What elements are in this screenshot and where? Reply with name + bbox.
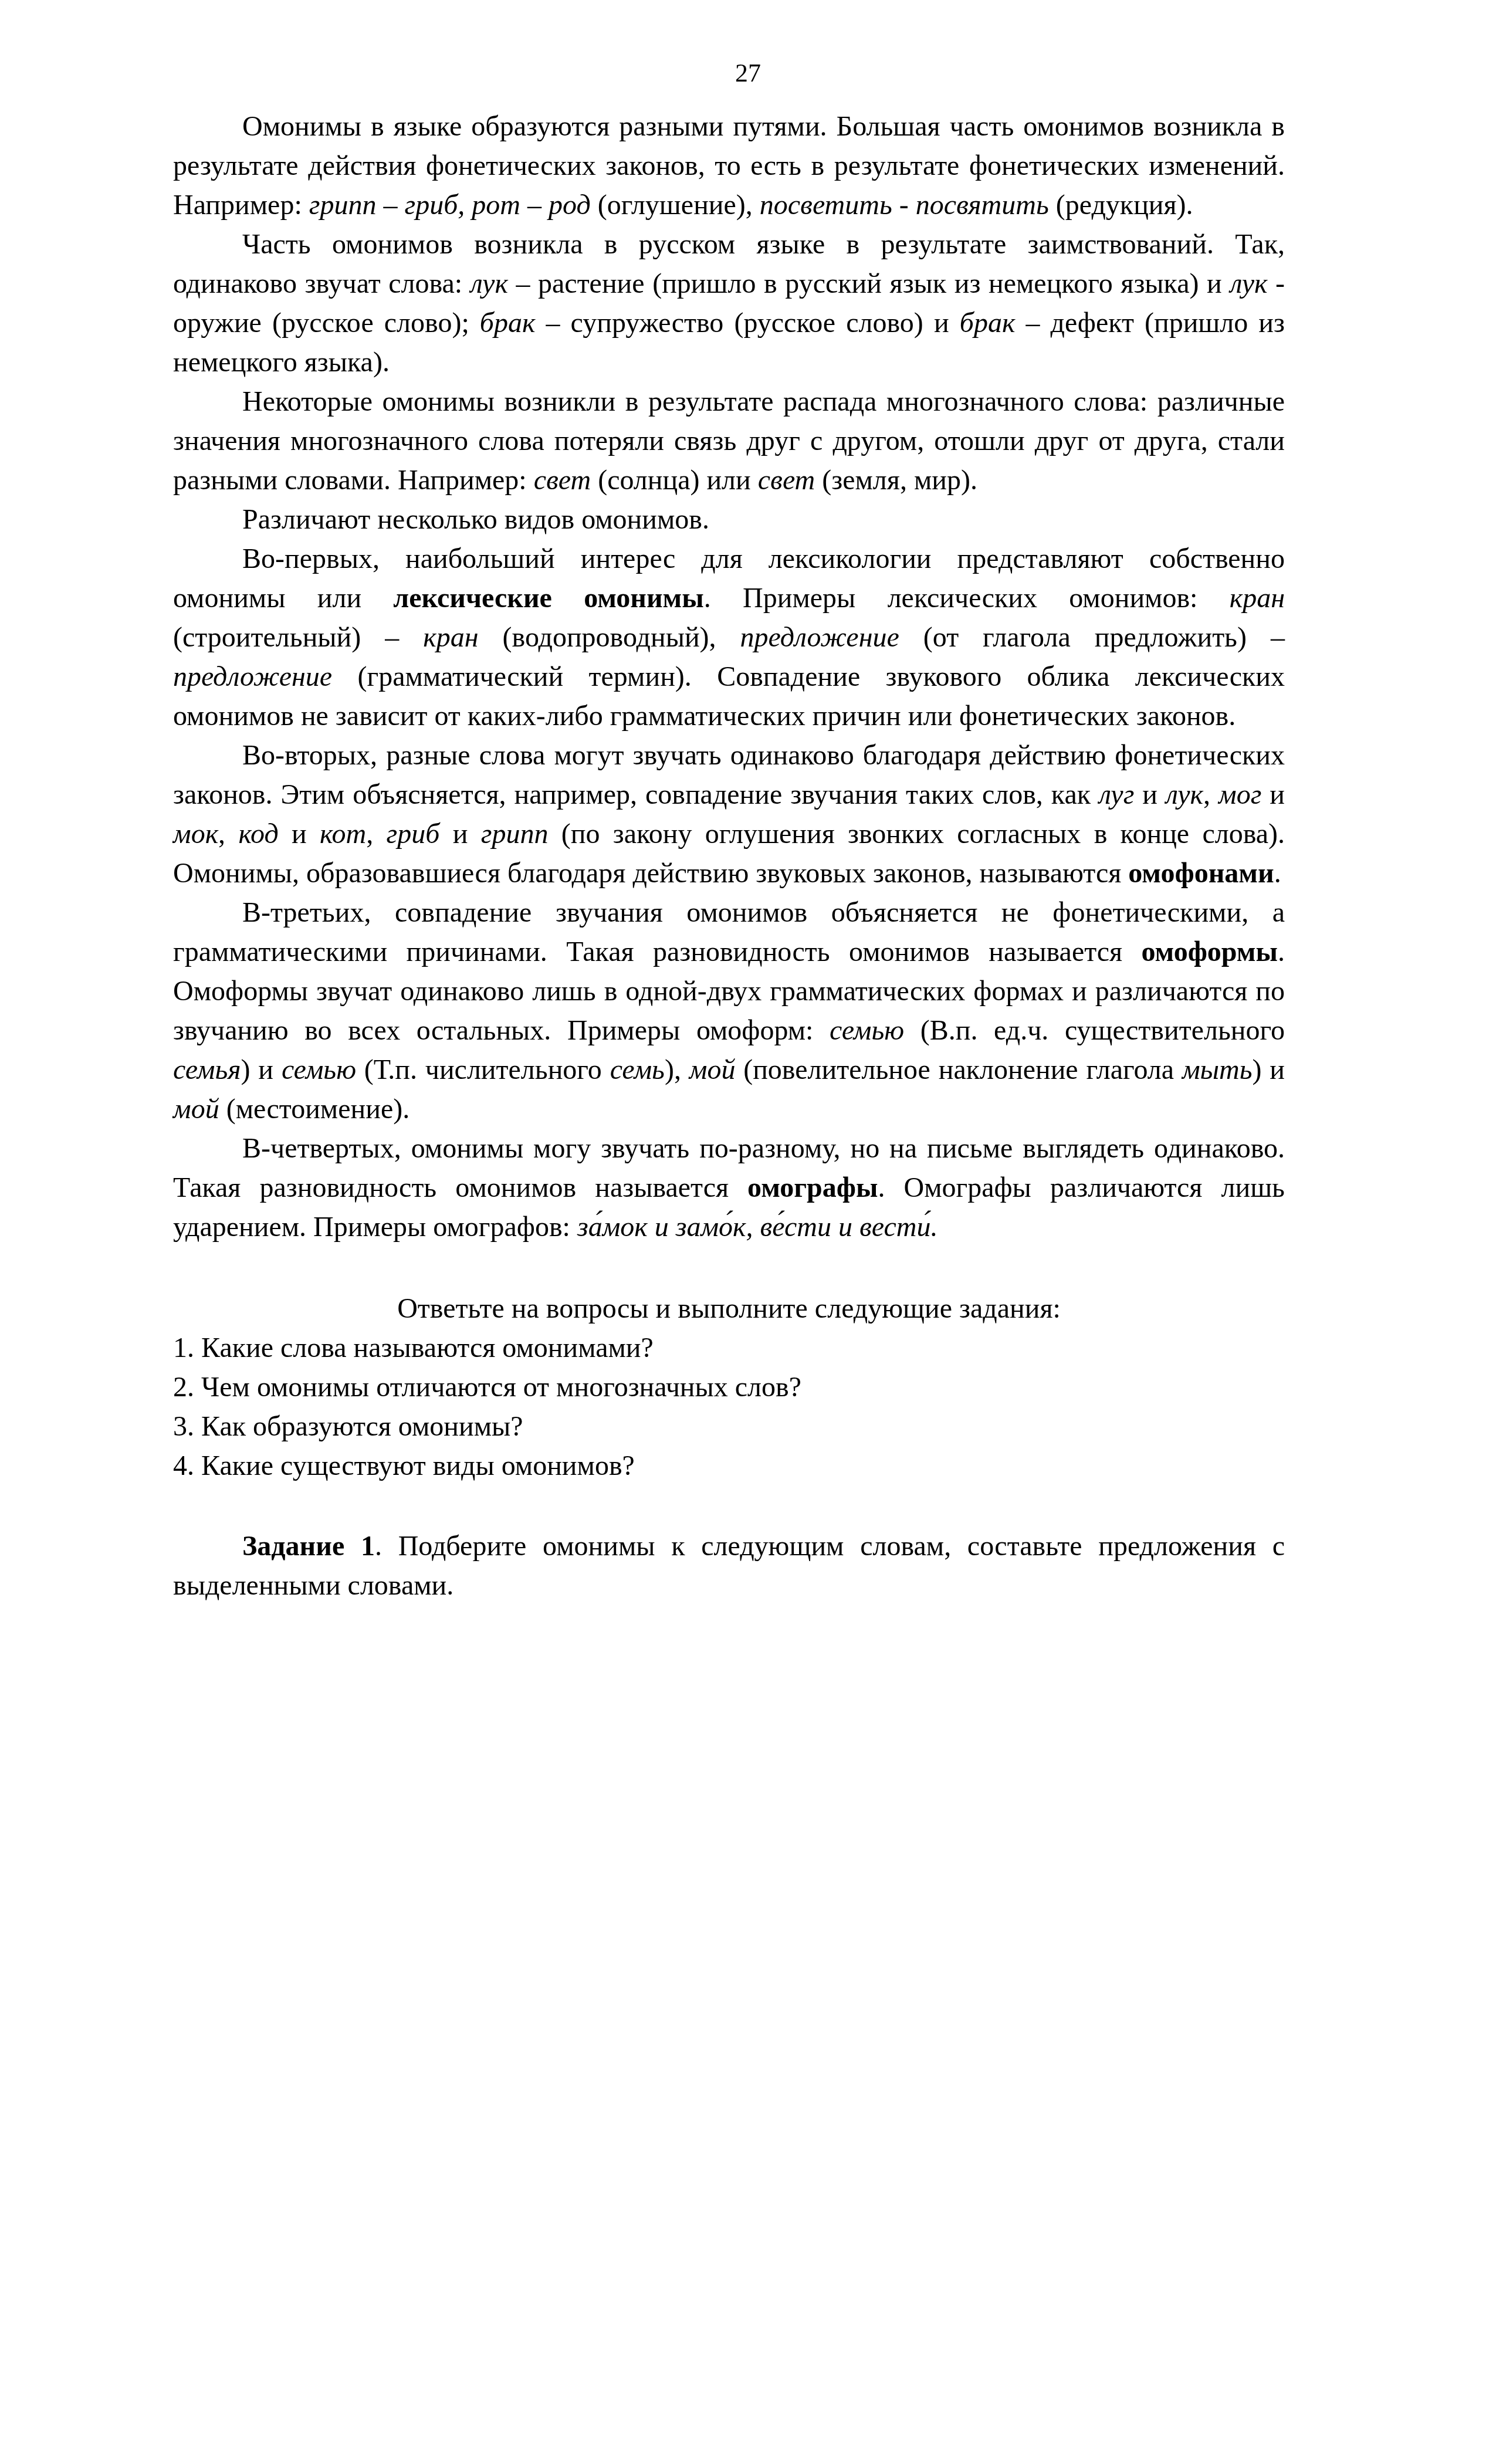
text-run: ,	[218, 818, 238, 849]
text-run: (В.п. ед.ч. существительного	[904, 1015, 1285, 1046]
text-run: свет	[534, 465, 591, 496]
text-run: гриб,	[404, 189, 465, 221]
text-run: лук	[471, 268, 508, 299]
text-run: брак	[480, 307, 536, 339]
text-run	[465, 189, 472, 221]
text-run: (грамматический термин). Совпадение звук…	[173, 661, 1285, 732]
paragraph: Часть омонимов возникла в русском языке …	[173, 225, 1285, 382]
text-run: 1. Какие слова называются омонимами?	[173, 1332, 654, 1363]
text-run: за́мок и замо́к, ве́сти и вести́.	[577, 1211, 938, 1243]
text-run: луг	[1099, 779, 1134, 810]
text-run: – растение (пришло в русский язык из нем…	[508, 268, 1230, 299]
question-item: 4. Какие существуют виды омонимов?	[173, 1446, 1285, 1485]
text-run: (оглушение),	[591, 189, 760, 221]
page-number: 27	[0, 59, 1496, 88]
text-run: ),	[665, 1054, 689, 1085]
text-run: свет	[758, 465, 815, 496]
document-page: 27 Омонимы в языке образуются разными пу…	[0, 0, 1496, 2464]
page-content: Омонимы в языке образуются разными путям…	[173, 107, 1285, 1605]
text-run: – супружество (русское слово) и	[535, 307, 959, 339]
text-run: (земля, мир).	[815, 465, 977, 496]
text-run: (от глагола предложить) –	[899, 622, 1285, 653]
text-run: (повелительное наклонение глагола	[735, 1054, 1182, 1085]
paragraph: Некоторые омонимы возникли в результате …	[173, 382, 1285, 500]
text-run: кот	[320, 818, 366, 849]
paragraph: В-четвертых, омонимы могу звучать по-раз…	[173, 1129, 1285, 1247]
text-run: (местоимение).	[219, 1094, 410, 1125]
text-run: и	[439, 818, 480, 849]
text-run: грипп	[481, 818, 549, 849]
text-run: лук	[1166, 779, 1203, 810]
text-run: ) и	[1253, 1054, 1285, 1085]
text-run: посветить - посвятить	[760, 189, 1049, 221]
text-run: род	[549, 189, 591, 221]
text-run: Задание 1	[242, 1531, 375, 1562]
text-run: омоформы	[1142, 936, 1278, 967]
question-item: 2. Чем омонимы отличаются от многозначны…	[173, 1368, 1285, 1407]
text-run: 4. Какие существуют виды омонимов?	[173, 1450, 635, 1481]
text-run: ,	[1203, 779, 1219, 810]
text-run: (солнца) или	[591, 465, 758, 496]
paragraph: Омонимы в языке образуются разными путям…	[173, 107, 1285, 225]
text-run: семья	[173, 1054, 241, 1085]
text-run: лексические омонимы	[393, 583, 703, 614]
text-run: код	[238, 818, 278, 849]
text-run: омографы	[747, 1172, 878, 1203]
text-run: лук	[1230, 268, 1267, 299]
text-run: (водопроводный),	[479, 622, 740, 653]
text-run: рот	[472, 189, 520, 221]
text-run: семью	[282, 1054, 356, 1085]
text-run: брак	[960, 307, 1016, 339]
text-run: предложение	[740, 622, 899, 653]
text-run: кран	[1230, 583, 1285, 614]
text-run: мог	[1219, 779, 1261, 810]
text-run: мой	[173, 1094, 219, 1125]
text-run: мок	[173, 818, 218, 849]
questions-heading: Ответьте на вопросы и выполните следующи…	[173, 1289, 1285, 1328]
text-run: и	[279, 818, 320, 849]
text-run: 2. Чем омонимы отличаются от многозначны…	[173, 1372, 801, 1403]
text-run: ) и	[241, 1054, 282, 1085]
text-run: омофонами	[1128, 858, 1274, 889]
paragraph: Во-первых, наибольший интерес для лексик…	[173, 539, 1285, 736]
text-run: и	[1134, 779, 1166, 810]
text-run: Различают несколько видов омонимов.	[242, 504, 709, 535]
text-run: грипп	[309, 189, 377, 221]
text-run: .	[1274, 858, 1281, 889]
text-run: (строительный) –	[173, 622, 423, 653]
text-run: мыть	[1182, 1054, 1253, 1085]
question-item: 3. Как образуются омонимы?	[173, 1407, 1285, 1446]
text-run: предложение	[173, 661, 332, 692]
text-run: –	[520, 189, 549, 221]
text-run: семь	[610, 1054, 665, 1085]
text-run: гриб	[387, 818, 440, 849]
text-run: 3. Как образуются омонимы?	[173, 1411, 523, 1442]
question-item: 1. Какие слова называются омонимами?	[173, 1328, 1285, 1368]
text-run: –	[376, 189, 404, 221]
text-run: Ответьте на вопросы и выполните следующи…	[397, 1293, 1061, 1324]
text-run: . Примеры лексических омонимов:	[704, 583, 1230, 614]
text-run: и	[1261, 779, 1285, 810]
text-run: (Т.п. числительного	[356, 1054, 610, 1085]
text-run: мой	[689, 1054, 736, 1085]
text-run: семью	[830, 1015, 904, 1046]
paragraph: Различают несколько видов омонимов.	[173, 500, 1285, 539]
task-paragraph: Задание 1. Подберите омонимы к следующим…	[173, 1527, 1285, 1605]
paragraph: В-третьих, совпадение звучания омонимов …	[173, 893, 1285, 1129]
text-run: (редукция).	[1049, 189, 1193, 221]
text-run: кран	[423, 622, 478, 653]
paragraph: Во-вторых, разные слова могут звучать од…	[173, 736, 1285, 893]
text-run: ,	[366, 818, 386, 849]
text-run: В-третьих, совпадение звучания омонимов …	[173, 897, 1285, 967]
